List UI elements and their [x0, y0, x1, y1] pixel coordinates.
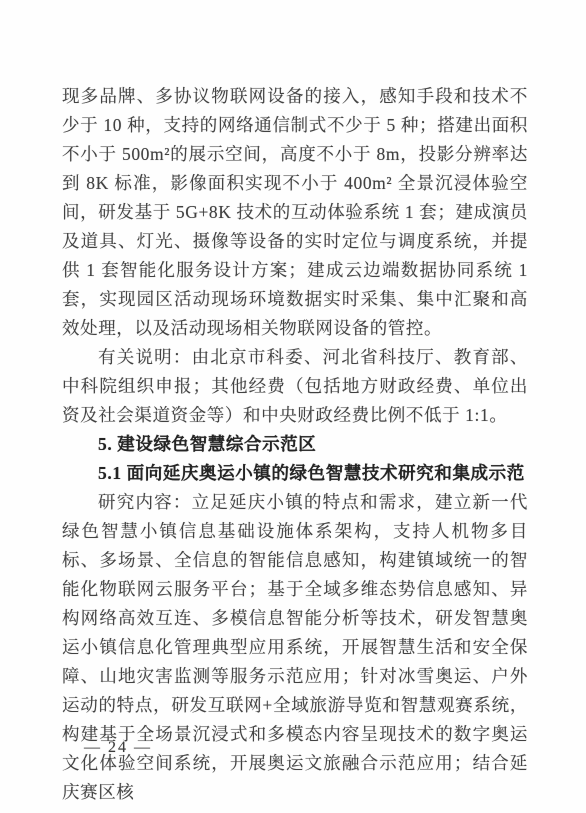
page-number: — 24 — [84, 736, 152, 760]
page-body-text: 现多品牌、多协议物联网设备的接入，感知手段和技术不少于 10 种，支持的网络通信… [62, 82, 528, 807]
section-heading-5: 5. 建设绿色智慧综合示范区 [62, 430, 528, 459]
document-page: 现多品牌、多协议物联网设备的接入，感知手段和技术不少于 10 种，支持的网络通信… [0, 0, 586, 813]
paragraph-related-notes: 有关说明：由北京市科委、河北省科技厅、教育部、中科院组织申报；其他经费（包括地方… [62, 343, 528, 430]
section-heading-5-1: 5.1 面向延庆奥运小镇的绿色智慧技术研究和集成示范 [62, 459, 528, 488]
paragraph-continuation: 现多品牌、多协议物联网设备的接入，感知手段和技术不少于 10 种，支持的网络通信… [62, 82, 528, 343]
